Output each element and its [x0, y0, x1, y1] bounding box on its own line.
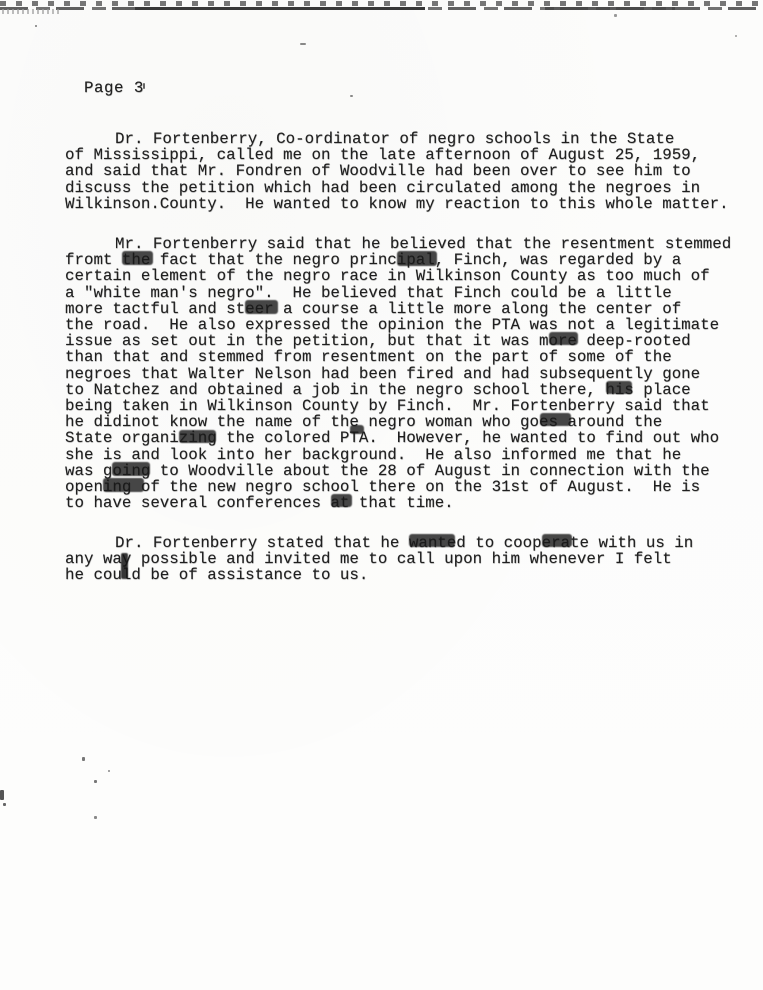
ink-smudge: [606, 381, 632, 394]
paragraph-3: Dr. Fortenberry stated that he wanted to…: [65, 535, 745, 584]
scan-speck: [94, 816, 97, 819]
ink-smudge: [350, 425, 364, 434]
scan-speck: [350, 95, 353, 97]
ink-smudge: [103, 478, 144, 492]
scan-speck: [94, 780, 97, 783]
scan-speck: [82, 757, 85, 761]
paragraph-1: Dr. Fortenberry, Co-ordinator of negro s…: [65, 131, 745, 212]
scan-speck: [735, 35, 737, 37]
scan-speck: [614, 14, 617, 17]
scanned-document-page: Page 3 Dr. Fortenberry, Co-ordinator of …: [0, 0, 763, 990]
scan-speck: [35, 25, 37, 27]
torn-edge-segment: [545, 7, 675, 10]
torn-edge-segment: [135, 7, 425, 10]
ink-smudge: [122, 251, 153, 265]
scan-speck: [300, 43, 306, 45]
paragraph-2: Mr. Fortenberry said that he believed th…: [65, 236, 745, 511]
page-number-label: Page 3: [84, 79, 144, 97]
ink-smudge: [540, 413, 571, 426]
scan-speck: [108, 770, 110, 772]
ink-smudge: [409, 534, 455, 547]
edge-scribble-mark: [2, 9, 60, 14]
scan-speck: [143, 83, 145, 89]
ink-smudge: [331, 494, 352, 507]
scan-speck: [0, 790, 4, 800]
ink-streak: [121, 553, 128, 579]
ink-smudge: [245, 300, 278, 314]
ink-smudge: [112, 462, 150, 476]
ink-smudge: [179, 430, 216, 443]
perforation-dots: [0, 1, 763, 6]
scan-edge-artifact: [0, 0, 763, 14]
ink-smudge: [542, 534, 572, 547]
ink-smudge: [549, 332, 578, 345]
ink-smudge: [397, 251, 437, 266]
scan-speck: [3, 803, 6, 806]
